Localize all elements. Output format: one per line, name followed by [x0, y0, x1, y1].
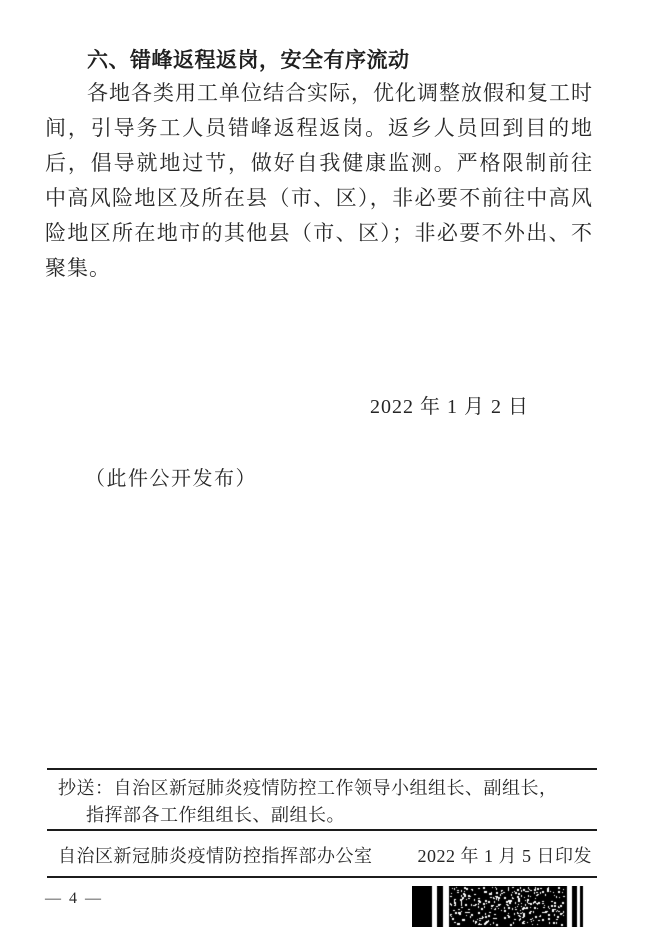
colophon-top-rule [47, 768, 597, 770]
public-release-note: （此件公开发布） [85, 466, 257, 492]
issuer-row: 自治区新冠肺炎疫情防控指挥部办公室 2022 年 1 月 5 日印发 [58, 843, 592, 870]
document-body: 六、错峰返程返岗，安全有序流动 各地各类用工单位结合实际，优化调整放假和复工时间… [45, 48, 593, 286]
body-paragraph: 各地各类用工单位结合实际，优化调整放假和复工时间，引导务工人员错峰返程返岗。返乡… [45, 76, 593, 286]
print-date: 2022 年 1 月 5 日印发 [418, 843, 593, 870]
section-heading: 六、错峰返程返岗，安全有序流动 [45, 48, 593, 74]
cc-line-1: 抄送：自治区新冠肺炎疫情防控工作领导小组组长、副组长， [58, 775, 593, 802]
cc-recipients-line1: 自治区新冠肺炎疫情防控工作领导小组组长、副组长， [114, 778, 558, 798]
sign-date: 2022 年 1 月 2 日 [370, 395, 529, 419]
cc-label: 抄送： [58, 778, 114, 798]
colophon-bottom-rule [47, 876, 597, 878]
colophon-middle-rule [47, 829, 597, 831]
barcode-icon [412, 886, 585, 927]
cc-recipients-line2: 指挥部各工作组组长、副组长。 [58, 802, 593, 829]
page-number: — 4 — [45, 889, 103, 909]
cc-block: 抄送：自治区新冠肺炎疫情防控工作领导小组组长、副组长， 指挥部各工作组组长、副组… [58, 775, 593, 829]
document-page: 六、错峰返程返岗，安全有序流动 各地各类用工单位结合实际，优化调整放假和复工时间… [0, 0, 649, 946]
issuer-office: 自治区新冠肺炎疫情防控指挥部办公室 [58, 843, 373, 870]
